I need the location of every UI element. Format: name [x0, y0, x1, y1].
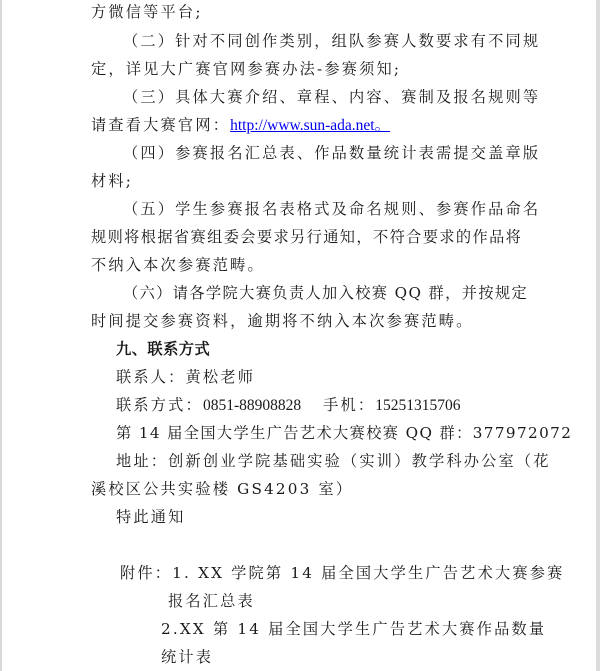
address-line: 溪校区公共实验楼 GS4203 室）	[91, 478, 353, 500]
closing-text: 特此通知	[116, 506, 186, 528]
paragraph-line: 方微信等平台;	[91, 1, 203, 23]
page-border-left	[0, 0, 2, 671]
qq-number: 377972072	[473, 424, 573, 442]
paragraph-line: 定，详见大广赛官网参赛办法-参赛须知;	[91, 58, 401, 80]
paragraph-line: （四）参赛报名汇总表、作品数量统计表需提交盖章版	[123, 142, 540, 164]
contact-person: 联系人：黄松老师	[116, 366, 255, 388]
paragraph-line: 不纳入本次参赛范畴。	[91, 254, 265, 276]
mobile-label: 手机：	[323, 396, 375, 414]
paragraph-line: 规则将根据省赛组委会要求另行通知，不符合要求的作品将	[91, 226, 522, 248]
paragraph-line: （五）学生参赛报名表格式及命名规则、参赛作品命名	[123, 198, 540, 220]
phone-number: 0851-88908828	[203, 397, 301, 414]
address-line: 地址：创新创业学院基础实验（实训）教学科办公室（花	[116, 450, 551, 472]
paragraph-line: 请查看大赛官网：http://www.sun-ada.net。	[91, 114, 390, 136]
paragraph-line: （二）针对不同创作类别，组队参赛人数要求有不同规	[123, 30, 540, 52]
attachment-line: 报名汇总表	[168, 590, 255, 612]
qq-label: 第 14 届全国大学生广告艺术大赛校赛 QQ 群：	[116, 424, 473, 442]
mobile-number: 15251315706	[375, 397, 460, 414]
paragraph-line: 材料;	[91, 170, 133, 192]
attachment-line: 附件：1. XX 学院第 14 届全国大学生广告艺术大赛参赛	[120, 562, 565, 584]
paragraph-line: 时间提交参赛资料，逾期将不纳入本次参赛范畴。	[91, 310, 474, 332]
paragraph-line: （三）具体大赛介绍、章程、内容、赛制及报名规则等	[123, 86, 540, 108]
official-website-link[interactable]: http://www.sun-ada.net。	[230, 117, 390, 134]
attachment-label: 附件：	[120, 564, 172, 582]
attachment-item-1: 1. XX 学院第 14 届全国大学生广告艺术大赛参赛	[172, 564, 564, 582]
scrollbar-track[interactable]	[596, 0, 600, 671]
phone-label: 联系方式：	[116, 396, 203, 414]
attachment-line: 统计表	[161, 646, 213, 668]
contact-qq-line: 第 14 届全国大学生广告艺术大赛校赛 QQ 群：377972072	[116, 422, 572, 444]
link-prefix: 请查看大赛官网：	[91, 116, 230, 134]
section-heading: 九、联系方式	[116, 338, 210, 360]
paragraph-line: （六）请各学院大赛负责人加入校赛 QQ 群，并按规定	[123, 282, 528, 304]
attachment-item-2: 2.XX 第 14 届全国大学生广告艺术大赛作品数量	[161, 618, 546, 640]
contact-phone-line: 联系方式：0851-88908828手机：15251315706	[116, 394, 461, 416]
